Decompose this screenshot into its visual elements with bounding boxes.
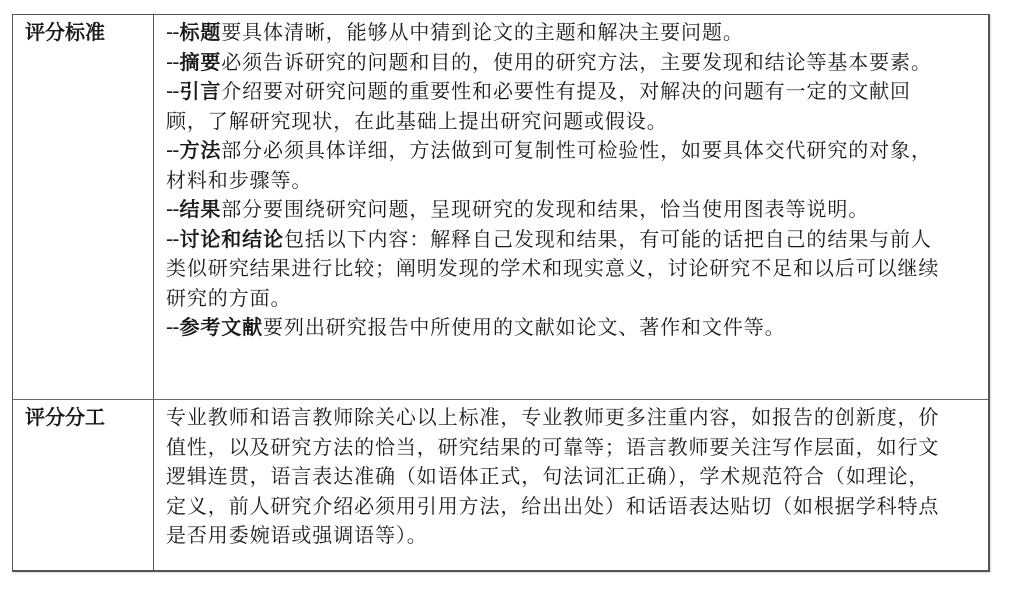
division-line: 专业教师和语言教师除关心以上标准，专业教师更多注重内容，如报告的创新度，价 xyxy=(166,403,988,433)
criteria-line-method: --方法部分必须具体详细，方法做到可复制性可检验性，如要具体交代研究的对象， xyxy=(166,136,988,166)
grading-table: 评分标准 --标题要具体清晰，能够从中猜到论文的主题和解决主要问题。 --摘要必… xyxy=(12,14,990,572)
criteria-line-abstract: --摘要必须告诉研究的问题和目的，使用的研究方法，主要发现和结论等基本要素。 xyxy=(166,48,988,78)
division-content: 专业教师和语言教师除关心以上标准，专业教师更多注重内容，如报告的创新度，价 值性… xyxy=(154,400,988,570)
division-line: 是否用委婉语或强调语等）。 xyxy=(166,521,988,551)
section-term: 摘要 xyxy=(179,50,221,74)
section-term: 结果 xyxy=(179,197,221,221)
row-label: 评分分工 xyxy=(13,400,154,570)
table-row-grading-criteria: 评分标准 --标题要具体清晰，能够从中猜到论文的主题和解决主要问题。 --摘要必… xyxy=(13,15,988,399)
section-term: 参考文献 xyxy=(179,315,263,339)
section-term: 方法 xyxy=(179,138,221,162)
division-line: 值性，以及研究方法的恰当，研究结果的可靠等；语言教师要关注写作层面，如行文 xyxy=(166,433,988,463)
criteria-line-discussion: --讨论和结论包括以下内容：解释自己发现和结果，有可能的话把自己的结果与前人 xyxy=(166,225,988,255)
criteria-line-introduction: --引言介绍要对研究问题的重要性和必要性有提及，对解决的问题有一定的文献回 xyxy=(166,77,988,107)
criteria-content: --标题要具体清晰，能够从中猜到论文的主题和解决主要问题。 --摘要必须告诉研究… xyxy=(154,15,988,399)
section-term: 引言 xyxy=(179,79,221,103)
section-term: 讨论和结论 xyxy=(179,227,284,251)
row-label: 评分标准 xyxy=(13,15,154,399)
section-term: 标题 xyxy=(179,20,221,44)
criteria-line-references: --参考文献要列出研究报告中所使用的文献如论文、著作和文件等。 xyxy=(166,313,988,343)
division-line: 逻辑连贯，语言表达准确（如语体正式，句法词汇正确），学术规范符合（如理论， xyxy=(166,462,988,492)
criteria-line-discussion-cont2: 研究的方面。 xyxy=(166,284,988,314)
criteria-line-results: --结果部分要围绕研究问题，呈现研究的发现和结果，恰当使用图表等说明。 xyxy=(166,195,988,225)
criteria-line-discussion-cont: 类似研究结果进行比较；阐明发现的学术和现实意义，讨论研究不足和以后可以继续 xyxy=(166,254,988,284)
criteria-line-method-cont: 材料和步骤等。 xyxy=(166,166,988,196)
table-row-grading-division: 评分分工 专业教师和语言教师除关心以上标准，专业教师更多注重内容，如报告的创新度… xyxy=(13,399,988,570)
criteria-line-title: --标题要具体清晰，能够从中猜到论文的主题和解决主要问题。 xyxy=(166,18,988,48)
division-line: 定义，前人研究介绍必须用引用方法，给出出处）和话语表达贴切（如根据学科特点 xyxy=(166,492,988,522)
criteria-line-introduction-cont: 顾，了解研究现状，在此基础上提出研究问题或假设。 xyxy=(166,107,988,137)
